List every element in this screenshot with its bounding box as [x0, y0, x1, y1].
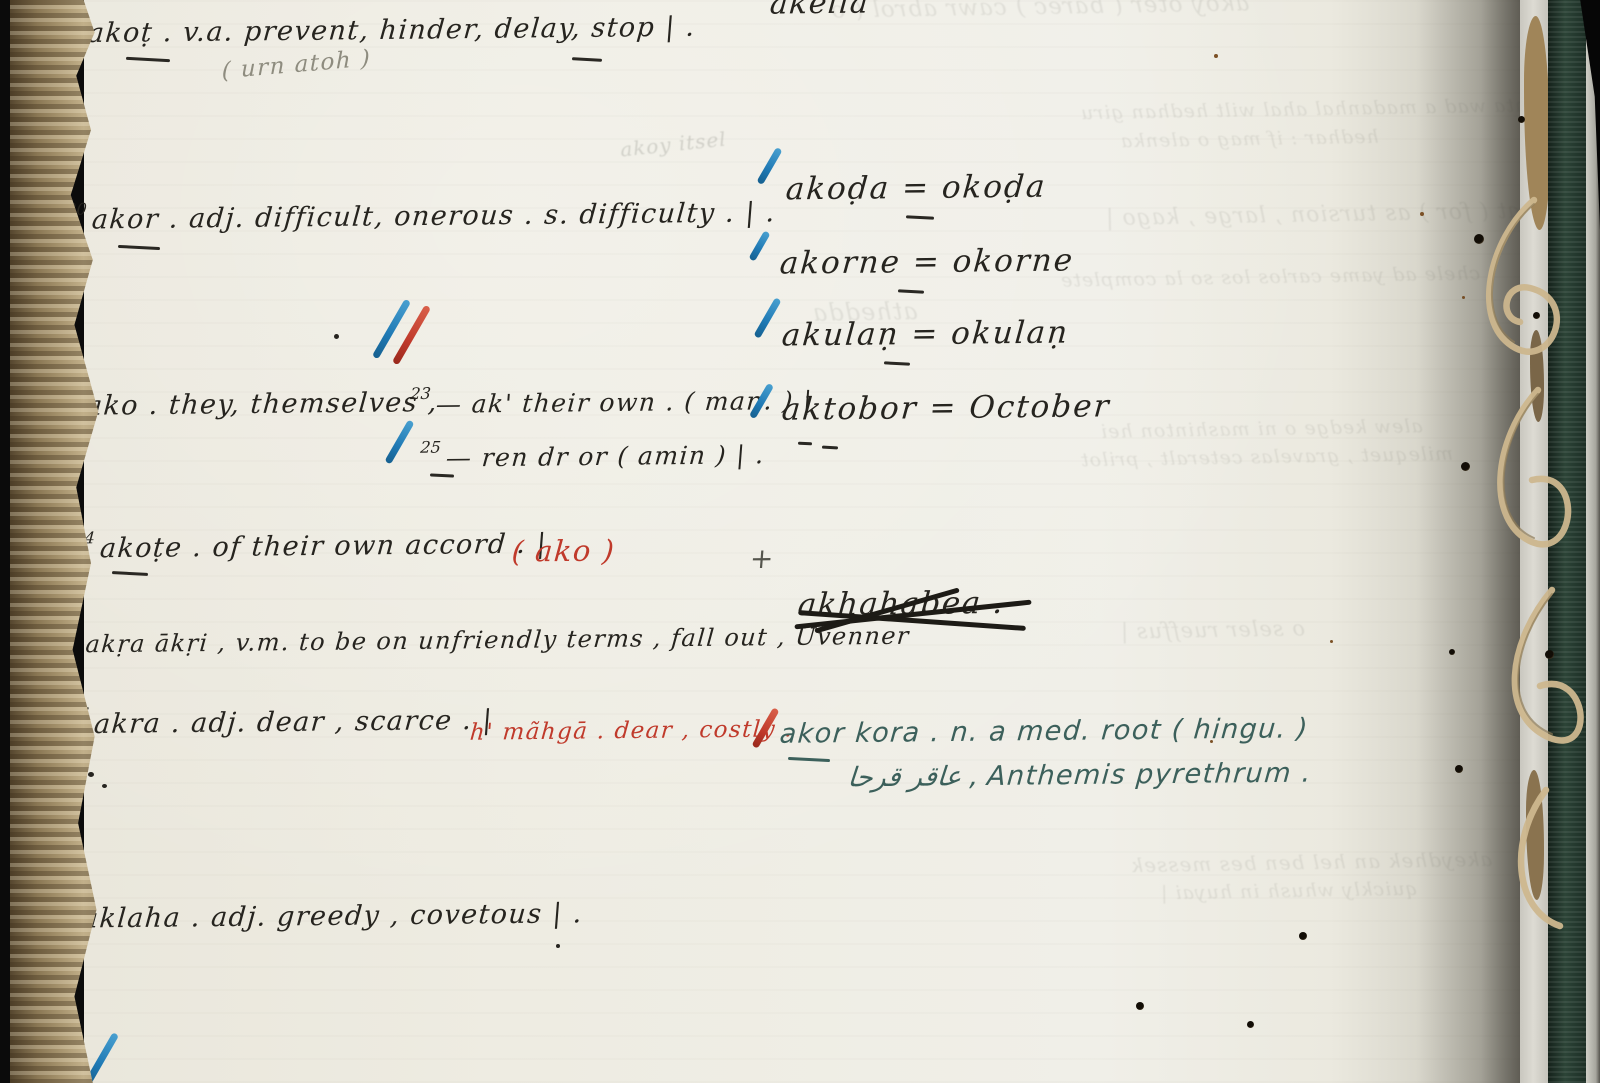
- entry-akorkora-line2-arabic: عاقر قرحا , Anthemis pyrethrum .: [847, 758, 1314, 794]
- foxing-speck: [1330, 640, 1333, 643]
- plus-pencil-mark: +: [749, 542, 776, 575]
- equation-akoda: akoḍa = okoḍa: [785, 169, 1048, 208]
- entry-25-number: 25: [420, 438, 442, 457]
- entry-22: 22ako . they, themselves ,: [58, 382, 439, 422]
- entry-20: 20akor . adj. difficult, onerous . s. di…: [64, 192, 777, 235]
- wormhole: [1533, 312, 1540, 319]
- bleedthrough-line: o seler rueffus |: [1120, 616, 1305, 643]
- binding-twine-threads: [1468, 150, 1600, 1030]
- bleedthrough-line: hedhar : if mag o alenka: [1120, 126, 1379, 153]
- wormhole: [1474, 234, 1484, 244]
- entry-23-number: 23: [410, 384, 432, 403]
- wormhole: [1455, 765, 1463, 773]
- entry-26: 26akra . adj. dear , scarce . |: [66, 700, 494, 740]
- wormhole: [1461, 462, 1470, 471]
- entry-27: 27aklaha . adj. greedy , covetous | .: [54, 893, 584, 935]
- foxing-speck: [1210, 740, 1213, 743]
- ink-speck: [334, 334, 339, 339]
- entry-19: 19akoṭ . v.a. prevent, hinder, delay, st…: [60, 7, 697, 50]
- equation-akulan: akulaṇ = okulaṇ: [780, 314, 1070, 353]
- ink-speck: [88, 772, 94, 777]
- entry-27-text: aklaha . adj. greedy , covetous | .: [81, 898, 584, 934]
- entry-22-text: ako . they, themselves ,: [85, 387, 439, 422]
- entry-24-text: akoṭe . of their own accord . |: [99, 529, 549, 565]
- equation-akorne: akorne = okorne: [778, 242, 1075, 281]
- wormhole: [1299, 932, 1307, 940]
- ink-speck: [556, 944, 560, 948]
- wormhole: [1518, 116, 1525, 123]
- entry-25-text: — ren dr or ( amin ) | .: [445, 440, 766, 472]
- wormhole: [1449, 649, 1455, 655]
- entry-akelia-cutoff: akelia': [769, 0, 881, 22]
- entry-26-red-gloss: h' mãhgā . dear , costly .: [469, 716, 795, 745]
- wormhole: [1545, 650, 1554, 659]
- equation-aktobor-october: aktobor = October: [780, 388, 1111, 427]
- wormhole: [1136, 1002, 1144, 1010]
- entry-24-red-crossref: ( ako ): [511, 533, 617, 568]
- manuscript-photo: akoy oter ( barec ) cawr abrol ( o alant…: [0, 0, 1600, 1083]
- entry-19-text: akoṭ . v.a. prevent, hinder, delay, stop…: [87, 12, 697, 49]
- entry-24: 24akoṭe . of their own accord . |: [72, 524, 548, 565]
- entry-akorkora-line1: akor kora . n. a med. root ( hingu. ): [779, 713, 1310, 750]
- foxing-speck: [1214, 54, 1218, 58]
- bleedthrough-line: quickly whush in huyai |: [1160, 878, 1418, 904]
- wormhole: [1247, 1021, 1254, 1028]
- entry-26-text: akra . adj. dear , scarce . |: [93, 705, 494, 740]
- entry-22-subentry-2: 25— ren dr or ( amin ) | .: [419, 434, 767, 473]
- ink-speck: [102, 784, 107, 788]
